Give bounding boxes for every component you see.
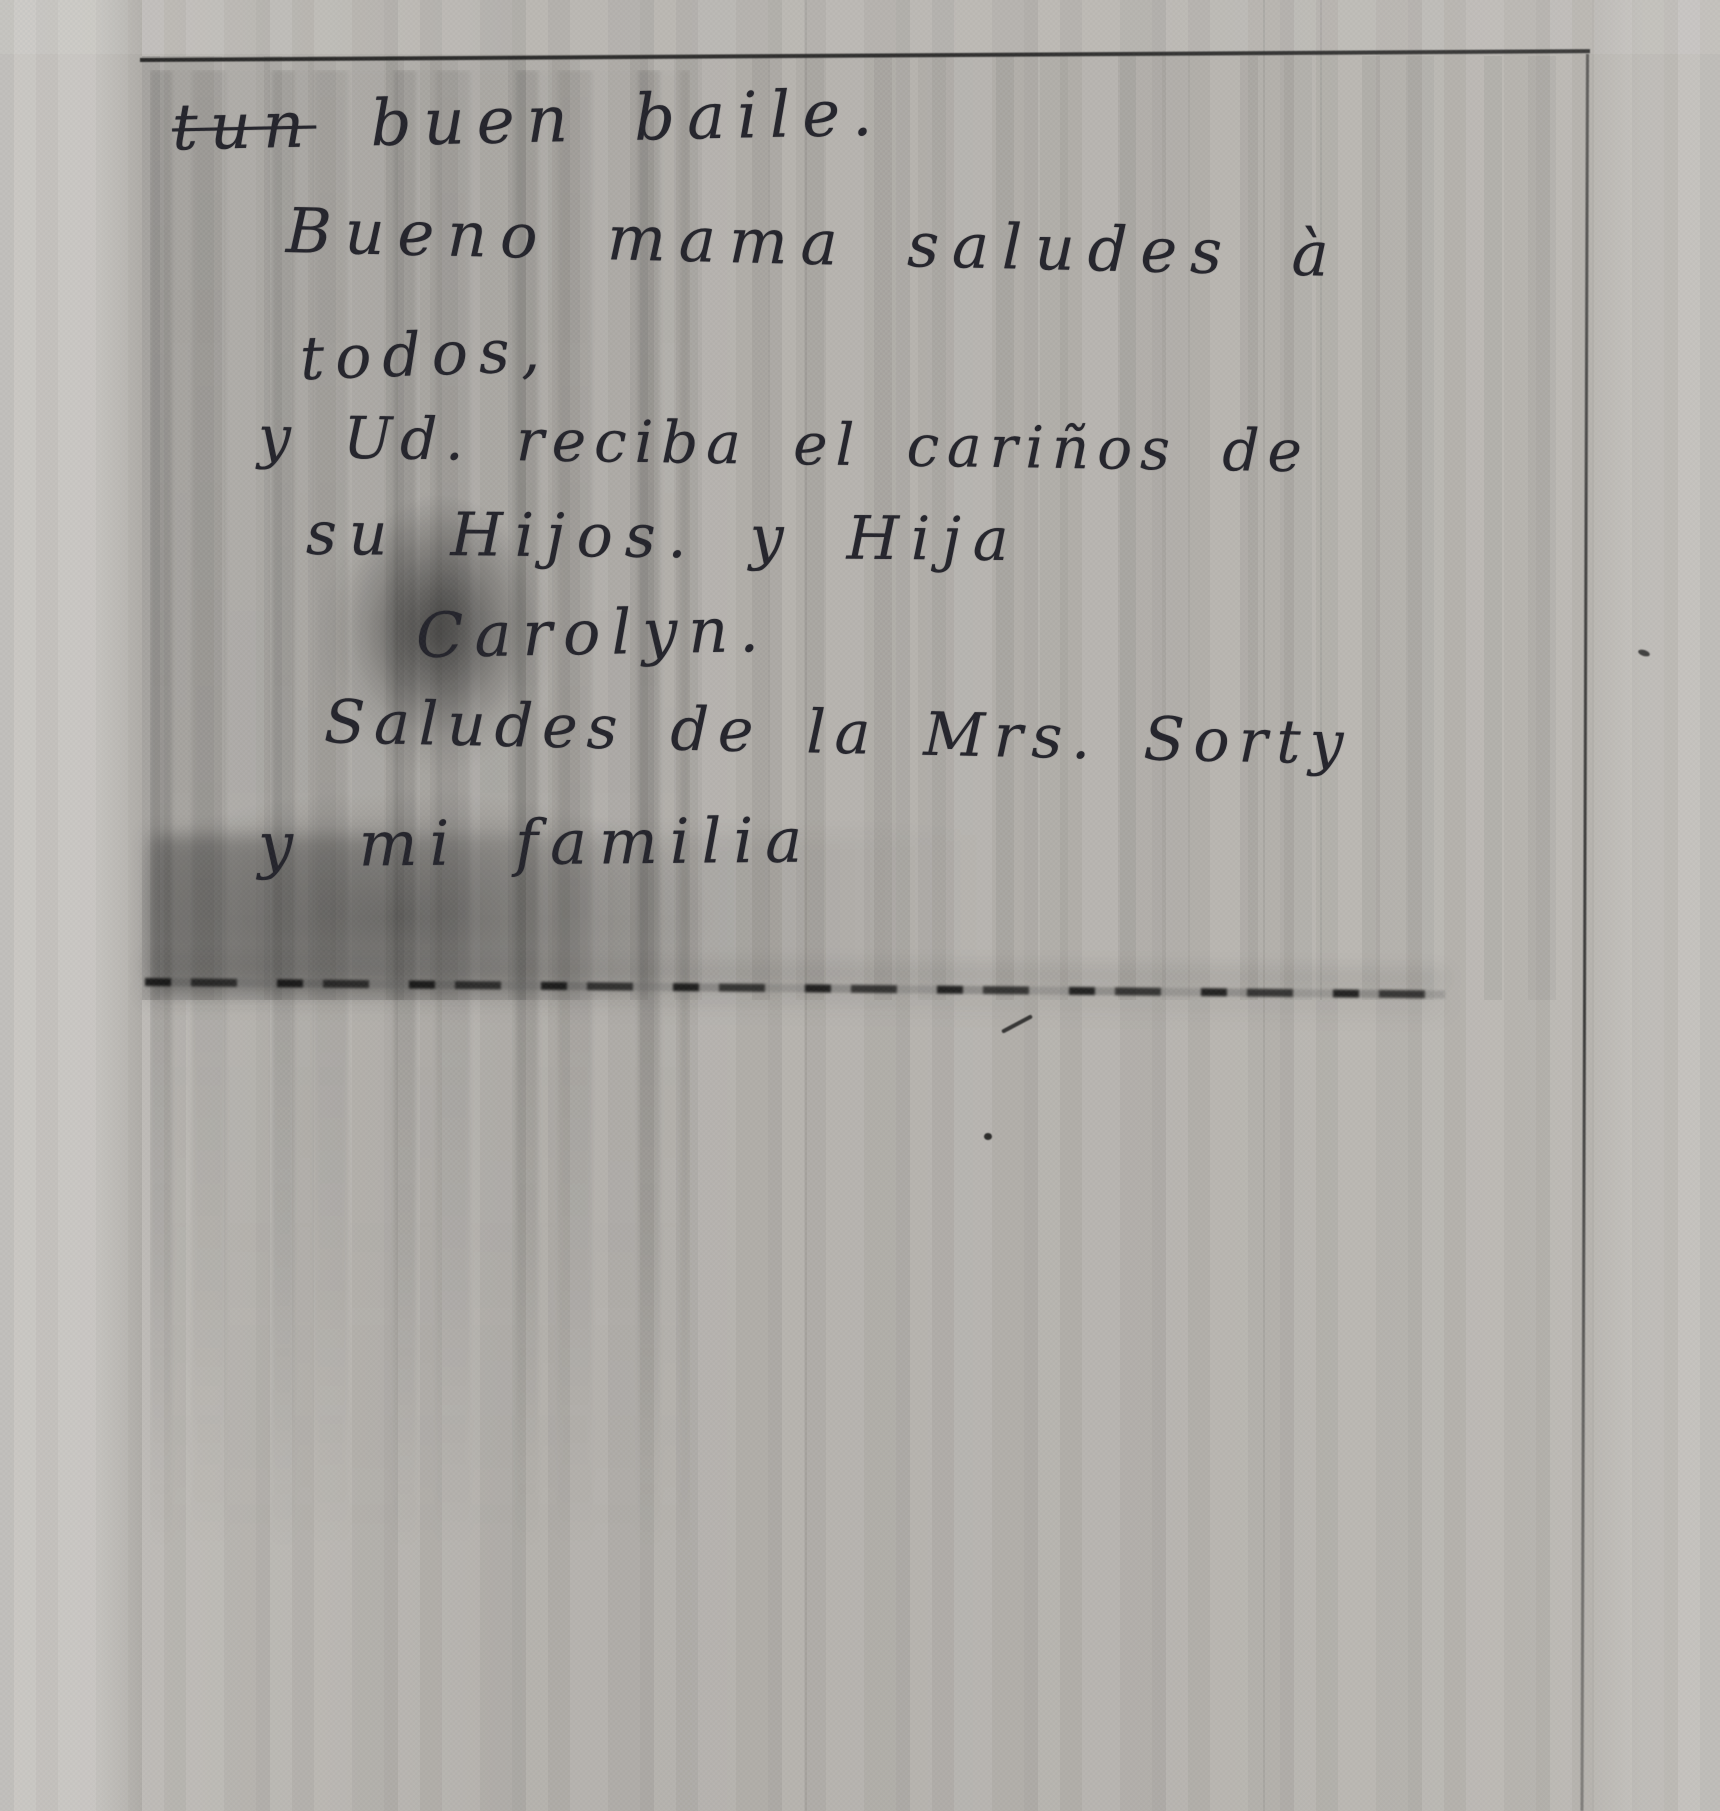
handwritten-segment: buen baile. (315, 77, 885, 163)
handwritten-line: Carolyn. (415, 593, 770, 672)
handwritten-line: tun buen baile. (171, 77, 885, 166)
handwritten-segment: y mi familia (258, 804, 815, 882)
struck-through-word: tun (171, 88, 317, 165)
handwritten-line: su Hijos. y Hija (306, 499, 1021, 575)
handwritten-segment: Saludes de la Mrs. Sorty (323, 687, 1353, 779)
handwritten-segment: Bueno mama saludes à (285, 194, 1342, 291)
handwritten-text: tun buen baile.Bueno mama saludes àtodos… (0, 0, 1720, 1811)
handwritten-segment: todos, (299, 316, 552, 395)
handwritten-line: todos, (299, 316, 552, 395)
handwritten-segment: y Ud. reciba el cariños de (258, 403, 1311, 486)
handwritten-line: y Ud. reciba el cariños de (258, 403, 1311, 486)
handwritten-line: Saludes de la Mrs. Sorty (323, 687, 1353, 779)
letter-scan-photo: tun buen baile.Bueno mama saludes àtodos… (0, 0, 1720, 1811)
handwritten-segment: su Hijos. y Hija (306, 499, 1021, 575)
handwritten-line: y mi familia (258, 804, 815, 882)
handwritten-line: Bueno mama saludes à (285, 194, 1342, 291)
handwritten-segment: Carolyn. (415, 593, 770, 672)
